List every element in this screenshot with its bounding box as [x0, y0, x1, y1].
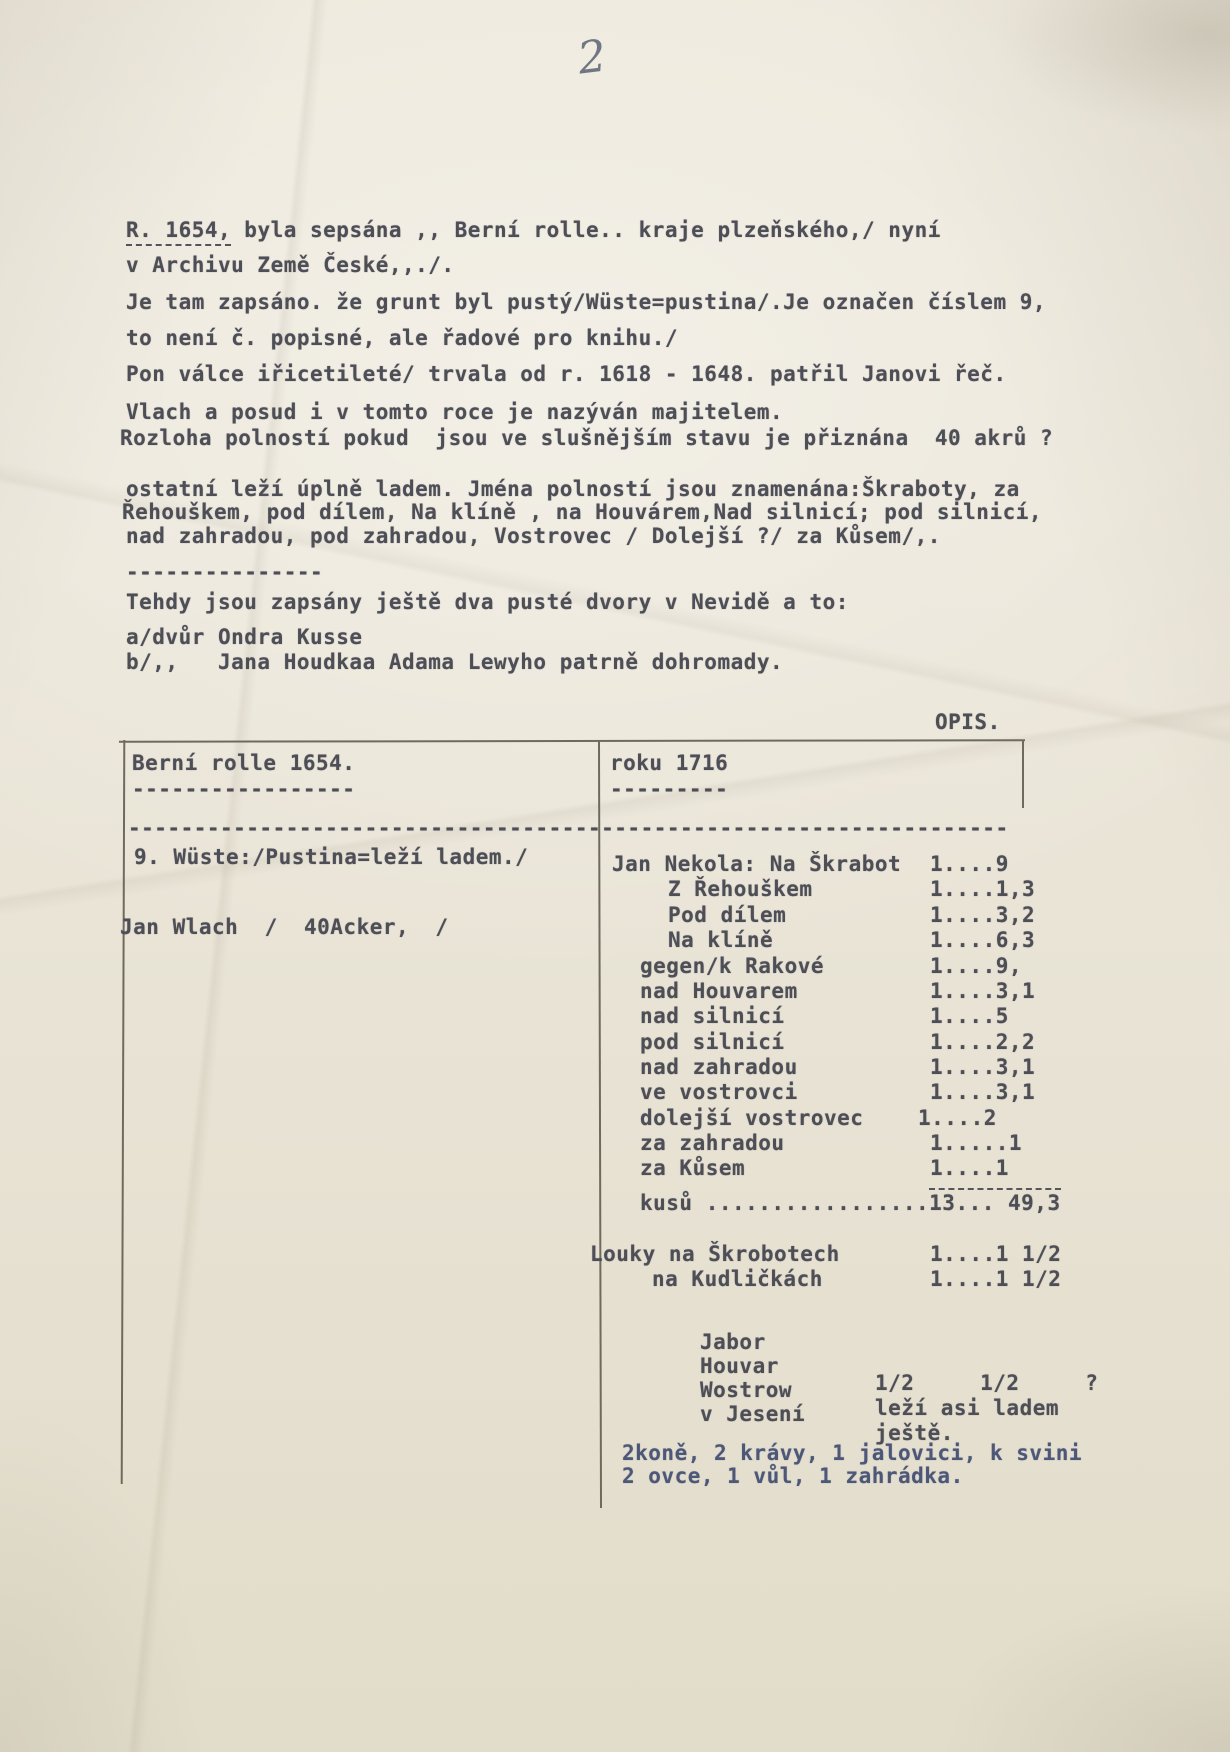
intro-line-10: nad zahradou, pod zahradou, Vostrovec / … — [126, 524, 941, 548]
meadow-value: 1....1 1/2 — [930, 1242, 1061, 1266]
field-label: za zahradou — [640, 1131, 785, 1155]
field-row: Pod dílem1....3,2 — [0, 903, 1230, 929]
field-value: 1....1 — [930, 1156, 1009, 1180]
intro-line-4: to není č. popisné, ale řadové pro knihu… — [126, 326, 678, 350]
intro-line-6: Vlach a posud i v tomto roce je nazýván … — [126, 400, 783, 424]
intro-line-2: v Archivu Země České,,./. — [126, 253, 455, 277]
field-label: nad zahradou — [640, 1055, 798, 1079]
header-divider-dashes: ----------------------------------------… — [128, 816, 1009, 840]
field-row: pod silnicí1....2,2 — [0, 1030, 1230, 1056]
table-right-border — [1022, 740, 1024, 808]
column-header-1654-dashes: ----------------- — [132, 777, 355, 801]
place-name: Houvar — [700, 1354, 779, 1378]
field-value: 1....3,2 — [930, 903, 1035, 927]
field-row: gegen/k Rakové1....9, — [0, 954, 1230, 980]
field-label: Pod dílem — [668, 903, 786, 927]
field-label: ve vostrovci — [640, 1080, 798, 1104]
field-value: 1....3,1 — [930, 1080, 1035, 1104]
field-value: 1....6,3 — [930, 928, 1035, 952]
field-value: 1....2 — [918, 1106, 997, 1130]
intro-line-8: ostatní leží úplně ladem. Jména polností… — [126, 477, 1020, 501]
field-row: nad silnicí1....5 — [0, 1004, 1230, 1030]
intro-line-13: b/,, Jana Houdkaa Adama Lewyho patrně do… — [126, 650, 783, 674]
meadow-label: na Kudličkách — [652, 1267, 823, 1291]
field-label: nad silnicí — [640, 1004, 785, 1028]
column-header-1716-dashes: --------- — [610, 777, 728, 801]
field-value: 1....2,2 — [930, 1030, 1035, 1054]
livestock-line-1: 2koně, 2 krávy, 1 jalovici, k svini — [622, 1441, 1082, 1465]
field-row: nad Houvarem1....3,1 — [0, 979, 1230, 1005]
intro-line-1-rest: byla sepsána ,, Berní rolle.. kraje plze… — [231, 218, 941, 242]
place-name: Wostrow — [700, 1378, 792, 1402]
field-value: 1....3,1 — [930, 979, 1035, 1003]
column-header-1716: roku 1716 — [610, 751, 728, 775]
intro-line-7: Rozloha polností pokud jsou ve slušnější… — [120, 426, 1053, 450]
field-value: 1....9 — [930, 852, 1009, 876]
field-label: Na klíně — [668, 928, 773, 952]
field-label: Jan Nekola: Na Škrabot — [612, 852, 901, 876]
fractions-note: 1/2 1/2 ? — [875, 1371, 1098, 1395]
field-value: 1.....1 — [930, 1131, 1022, 1155]
intro-line-11: Tehdy jsou zapsány ještě dva pusté dvory… — [126, 590, 849, 614]
intro-line-1: R. 1654, byla sepsána ,, Berní rolle.. k… — [126, 218, 941, 242]
intro-line-9: Řehouškem, pod dílem, Na klíně , na Houv… — [122, 500, 1042, 524]
place-name: v Jesení — [700, 1402, 805, 1426]
meadow-row: Louky na Škrobotech1....1 1/2 — [0, 1242, 1230, 1268]
column-header-1654: Berní rolle 1654. — [132, 751, 355, 775]
field-value: 1....9, — [930, 954, 1022, 978]
table-top-border — [119, 739, 1025, 743]
meadow-label: Louky na Škrobotech — [590, 1242, 840, 1266]
note-line-1: leží asi ladem — [875, 1396, 1059, 1420]
total-label: kusů ................. — [640, 1191, 929, 1215]
field-row: Jan Nekola: Na Škrabot1....9 — [0, 852, 1230, 878]
scanned-document-page: 2 R. 1654, byla sepsána ,, Berní rolle..… — [0, 0, 1230, 1752]
total-value: 13... 49,3 — [929, 1188, 1060, 1215]
total-row: kusů .................13... 49,3 — [640, 1191, 1061, 1215]
field-row: ve vostrovci1....3,1 — [0, 1080, 1230, 1106]
intro-line-12: a/dvůr Ondra Kusse — [126, 625, 363, 649]
underlined-year: R. 1654, — [126, 218, 231, 246]
separator-dashes: --------------- — [126, 560, 323, 584]
field-label: dolejší vostrovec — [640, 1106, 863, 1130]
opis-label: OPIS. — [935, 710, 1001, 734]
field-label: pod silnicí — [640, 1030, 785, 1054]
field-label: gegen/k Rakové — [640, 954, 824, 978]
field-row: Na klíně1....6,3 — [0, 928, 1230, 954]
field-row: za zahradou1.....1 — [0, 1131, 1230, 1157]
intro-line-3: Je tam zapsáno. že grunt byl pustý/Wüste… — [126, 290, 1046, 314]
meadow-value: 1....1 1/2 — [930, 1267, 1061, 1291]
field-label: za Kůsem — [640, 1156, 745, 1180]
field-row: nad zahradou1....3,1 — [0, 1055, 1230, 1081]
field-label: nad Houvarem — [640, 979, 798, 1003]
field-row: dolejší vostrovec1....2 — [0, 1106, 1230, 1132]
field-row: za Kůsem1....1 — [0, 1156, 1230, 1182]
place-name: Jabor — [700, 1330, 766, 1354]
intro-line-5: Pon válce iřicetileté/ trvala od r. 1618… — [126, 362, 1007, 386]
livestock-line-2: 2 ovce, 1 vůl, 1 zahrádka. — [622, 1464, 964, 1488]
field-label: Z Řehouškem — [668, 877, 813, 901]
field-row: Z Řehouškem1....1,3 — [0, 877, 1230, 903]
field-value: 1....5 — [930, 1004, 1009, 1028]
field-value: 1....3,1 — [930, 1055, 1035, 1079]
page-number: 2 — [575, 30, 609, 84]
meadow-row: na Kudličkách1....1 1/2 — [0, 1267, 1230, 1293]
field-value: 1....1,3 — [930, 877, 1035, 901]
